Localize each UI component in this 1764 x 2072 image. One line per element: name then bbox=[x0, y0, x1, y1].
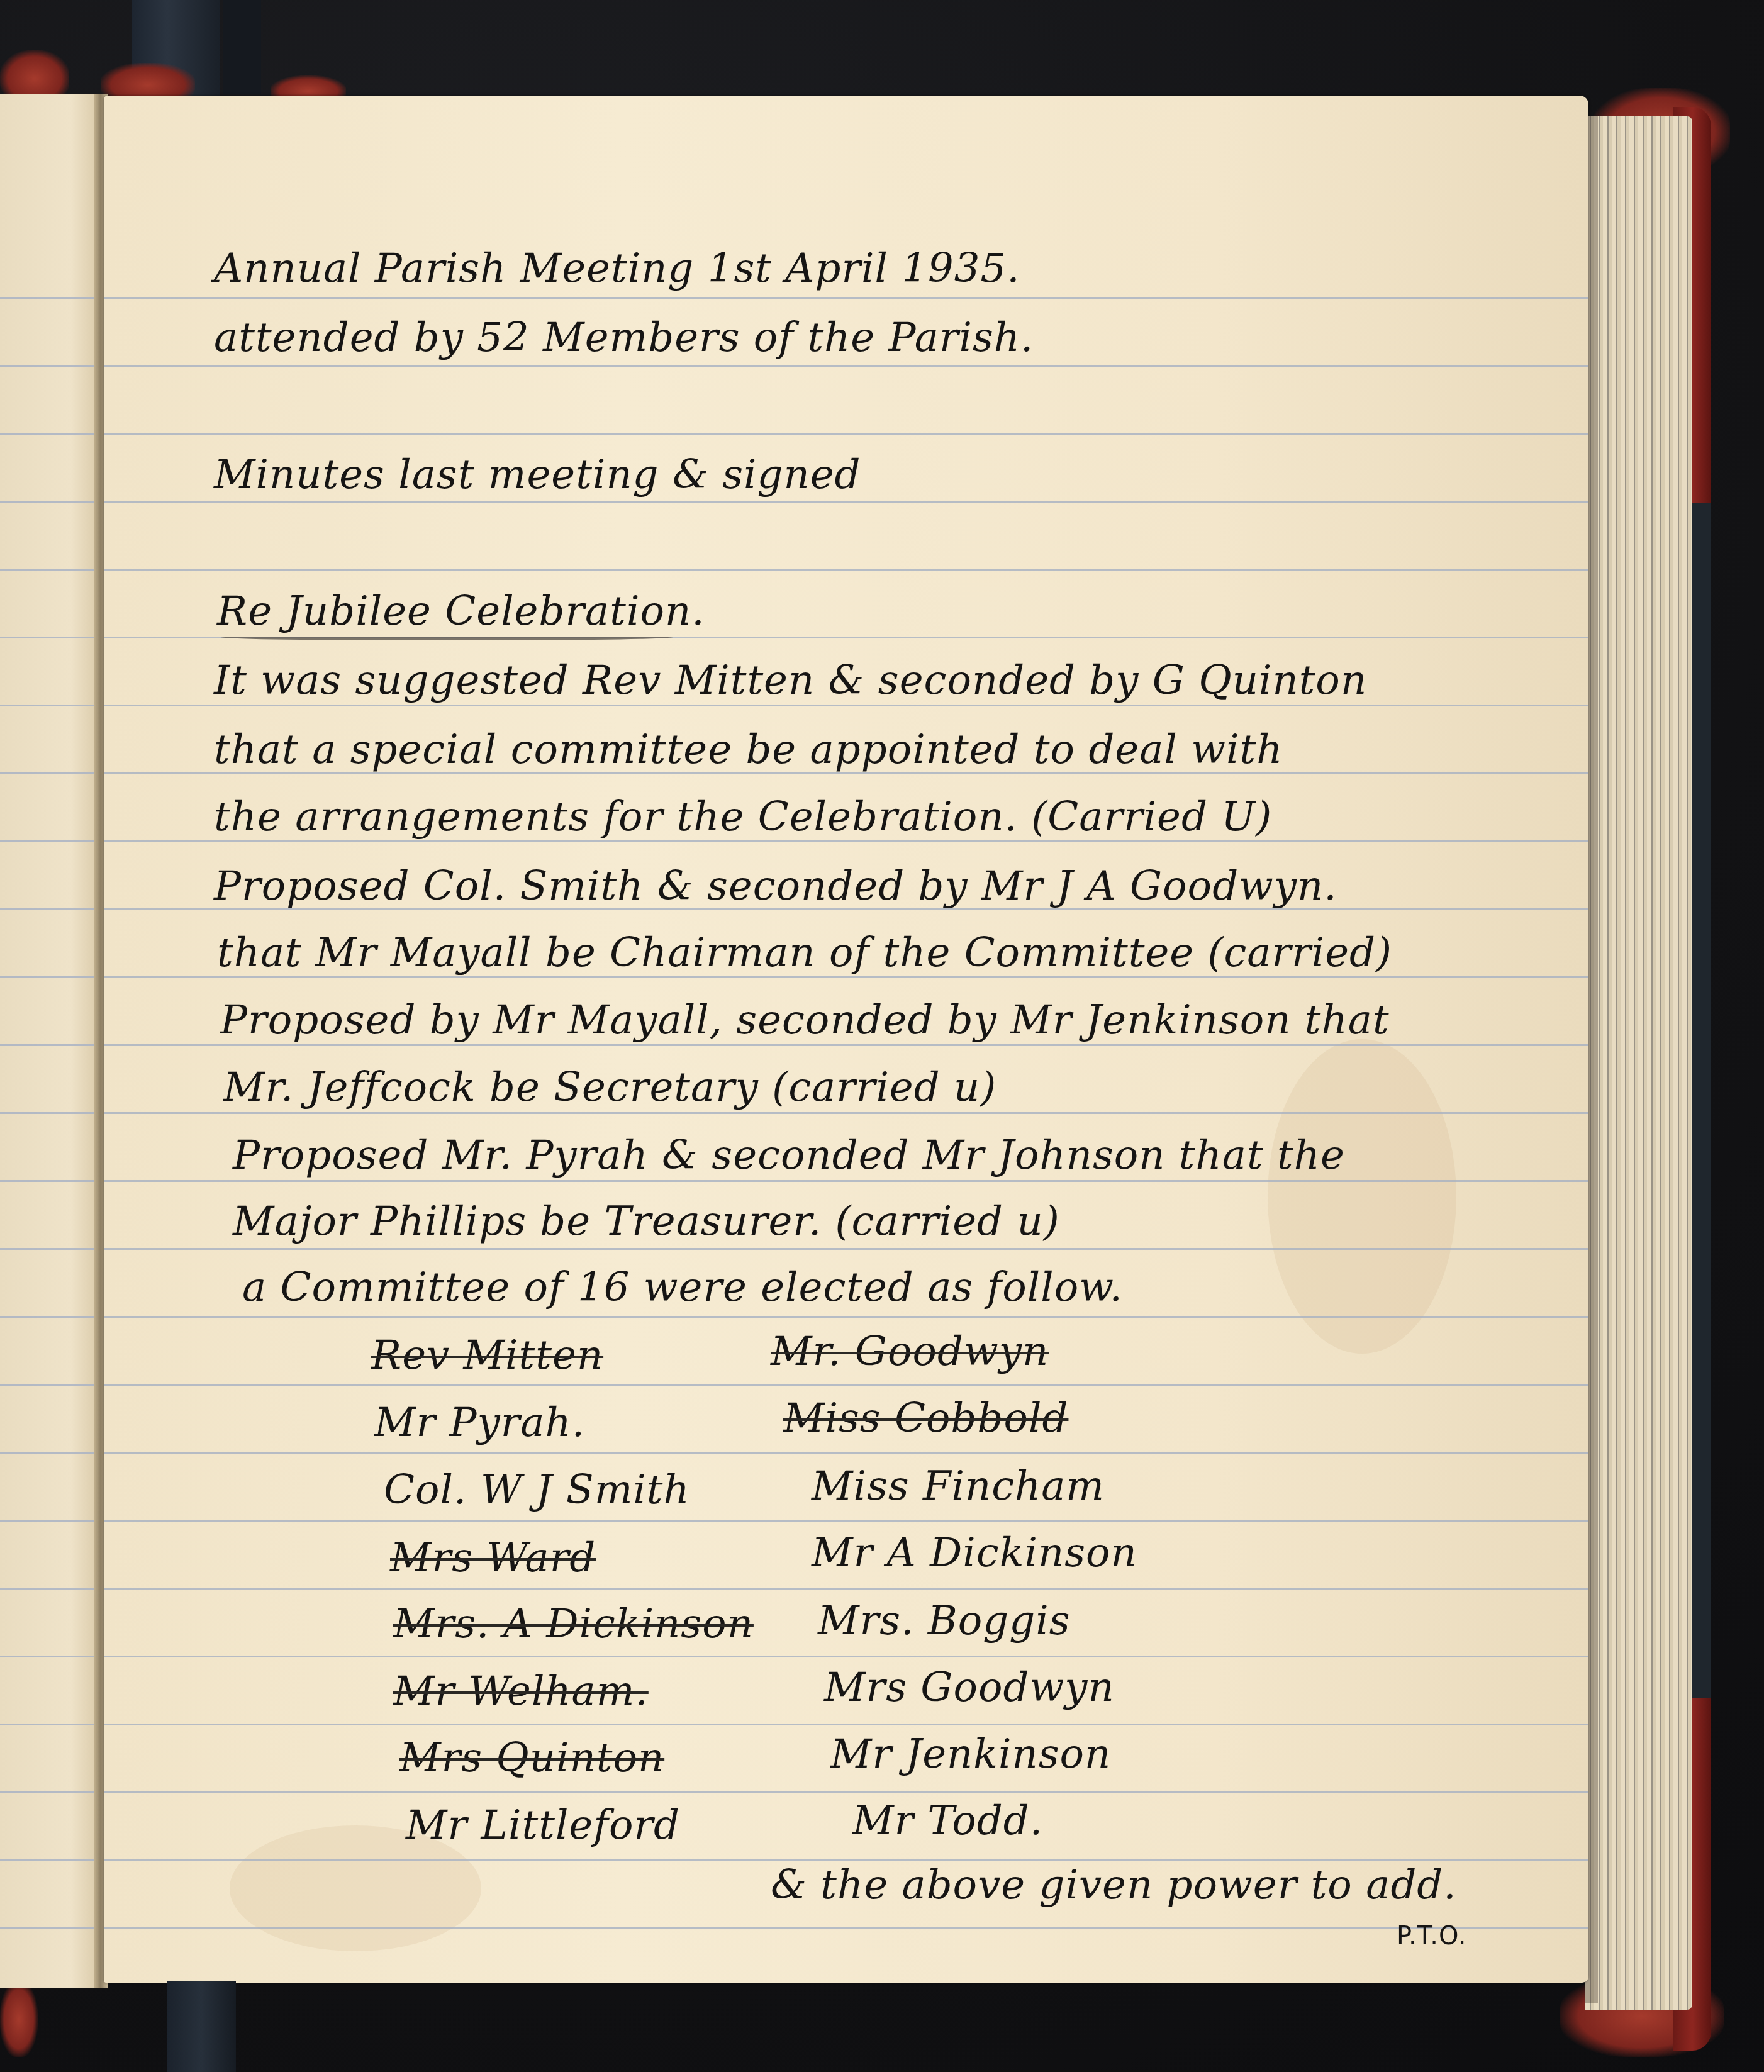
committee-member-right: Miss Fincham bbox=[812, 1463, 1105, 1510]
minutes-body-line: It was suggested Rev Mitten & seconded b… bbox=[214, 657, 1367, 704]
minutes-signed-line: Minutes last meeting & signed bbox=[214, 452, 861, 498]
committee-member-left: Mrs Ward bbox=[390, 1535, 596, 1581]
worn-binding-edge bbox=[0, 1981, 38, 2057]
left-page bbox=[0, 94, 101, 1988]
closing-note: & the above given power to add. bbox=[771, 1862, 1457, 1908]
please-turn-over-note: P.T.O. bbox=[1397, 1922, 1467, 1951]
minutes-body-line: Mr. Jeffcock be Secretary (carried u) bbox=[223, 1064, 996, 1111]
committee-member-right: Mr Jenkinson bbox=[830, 1731, 1111, 1778]
minutes-body-line: a Committee of 16 were elected as follow… bbox=[242, 1264, 1123, 1311]
minutes-body-line: the arrangements for the Celebration. (C… bbox=[214, 794, 1272, 840]
bookmark-ribbon-top-shadow bbox=[223, 0, 261, 94]
committee-member-left: Mr Littleford bbox=[406, 1802, 680, 1849]
cover-spine bbox=[1692, 503, 1711, 1698]
committee-member-left: Rev Mitten bbox=[371, 1332, 603, 1379]
committee-member-right: Mrs Goodwyn bbox=[824, 1664, 1115, 1711]
minutes-body-line: Proposed by Mr Mayall, seconded by Mr Je… bbox=[220, 997, 1390, 1044]
meeting-heading-line-2: attended by 52 Members of the Parish. bbox=[214, 315, 1034, 361]
minutes-body-line: Proposed Col. Smith & seconded by Mr J A… bbox=[214, 863, 1337, 910]
minutes-body-line: that a special committee be appointed to… bbox=[214, 727, 1283, 773]
minutes-body-line: Major Phillips be Treasurer. (carried u) bbox=[233, 1198, 1060, 1245]
committee-member-right: Miss Cobbold bbox=[783, 1395, 1068, 1442]
committee-member-right: Mr. Goodwyn bbox=[771, 1328, 1049, 1375]
section-title-jubilee: Re Jubilee Celebration. bbox=[217, 588, 705, 635]
committee-member-left: Mr Welham. bbox=[393, 1668, 649, 1715]
page-stack-fore-edge bbox=[1585, 116, 1692, 2010]
committee-member-left: Mrs Quinton bbox=[399, 1735, 664, 1781]
committee-member-left: Col. W J Smith bbox=[384, 1467, 690, 1513]
committee-member-right: Mr Todd. bbox=[852, 1798, 1043, 1844]
minutes-body-line: that Mr Mayall be Chairman of the Commit… bbox=[217, 930, 1392, 976]
committee-member-right: Mr A Dickinson bbox=[812, 1530, 1137, 1576]
meeting-heading-line-1: Annual Parish Meeting 1st April 1935. bbox=[214, 245, 1020, 292]
minutes-body-line: Proposed Mr. Pyrah & seconded Mr Johnson… bbox=[233, 1132, 1345, 1179]
section-title-underline bbox=[220, 632, 673, 640]
committee-member-left: Mr Pyrah. bbox=[374, 1400, 585, 1446]
committee-member-right: Mrs. Boggis bbox=[818, 1598, 1070, 1644]
committee-member-left: Mrs. A Dickinson bbox=[393, 1601, 754, 1647]
bookmark-ribbon-bottom bbox=[167, 1981, 236, 2072]
